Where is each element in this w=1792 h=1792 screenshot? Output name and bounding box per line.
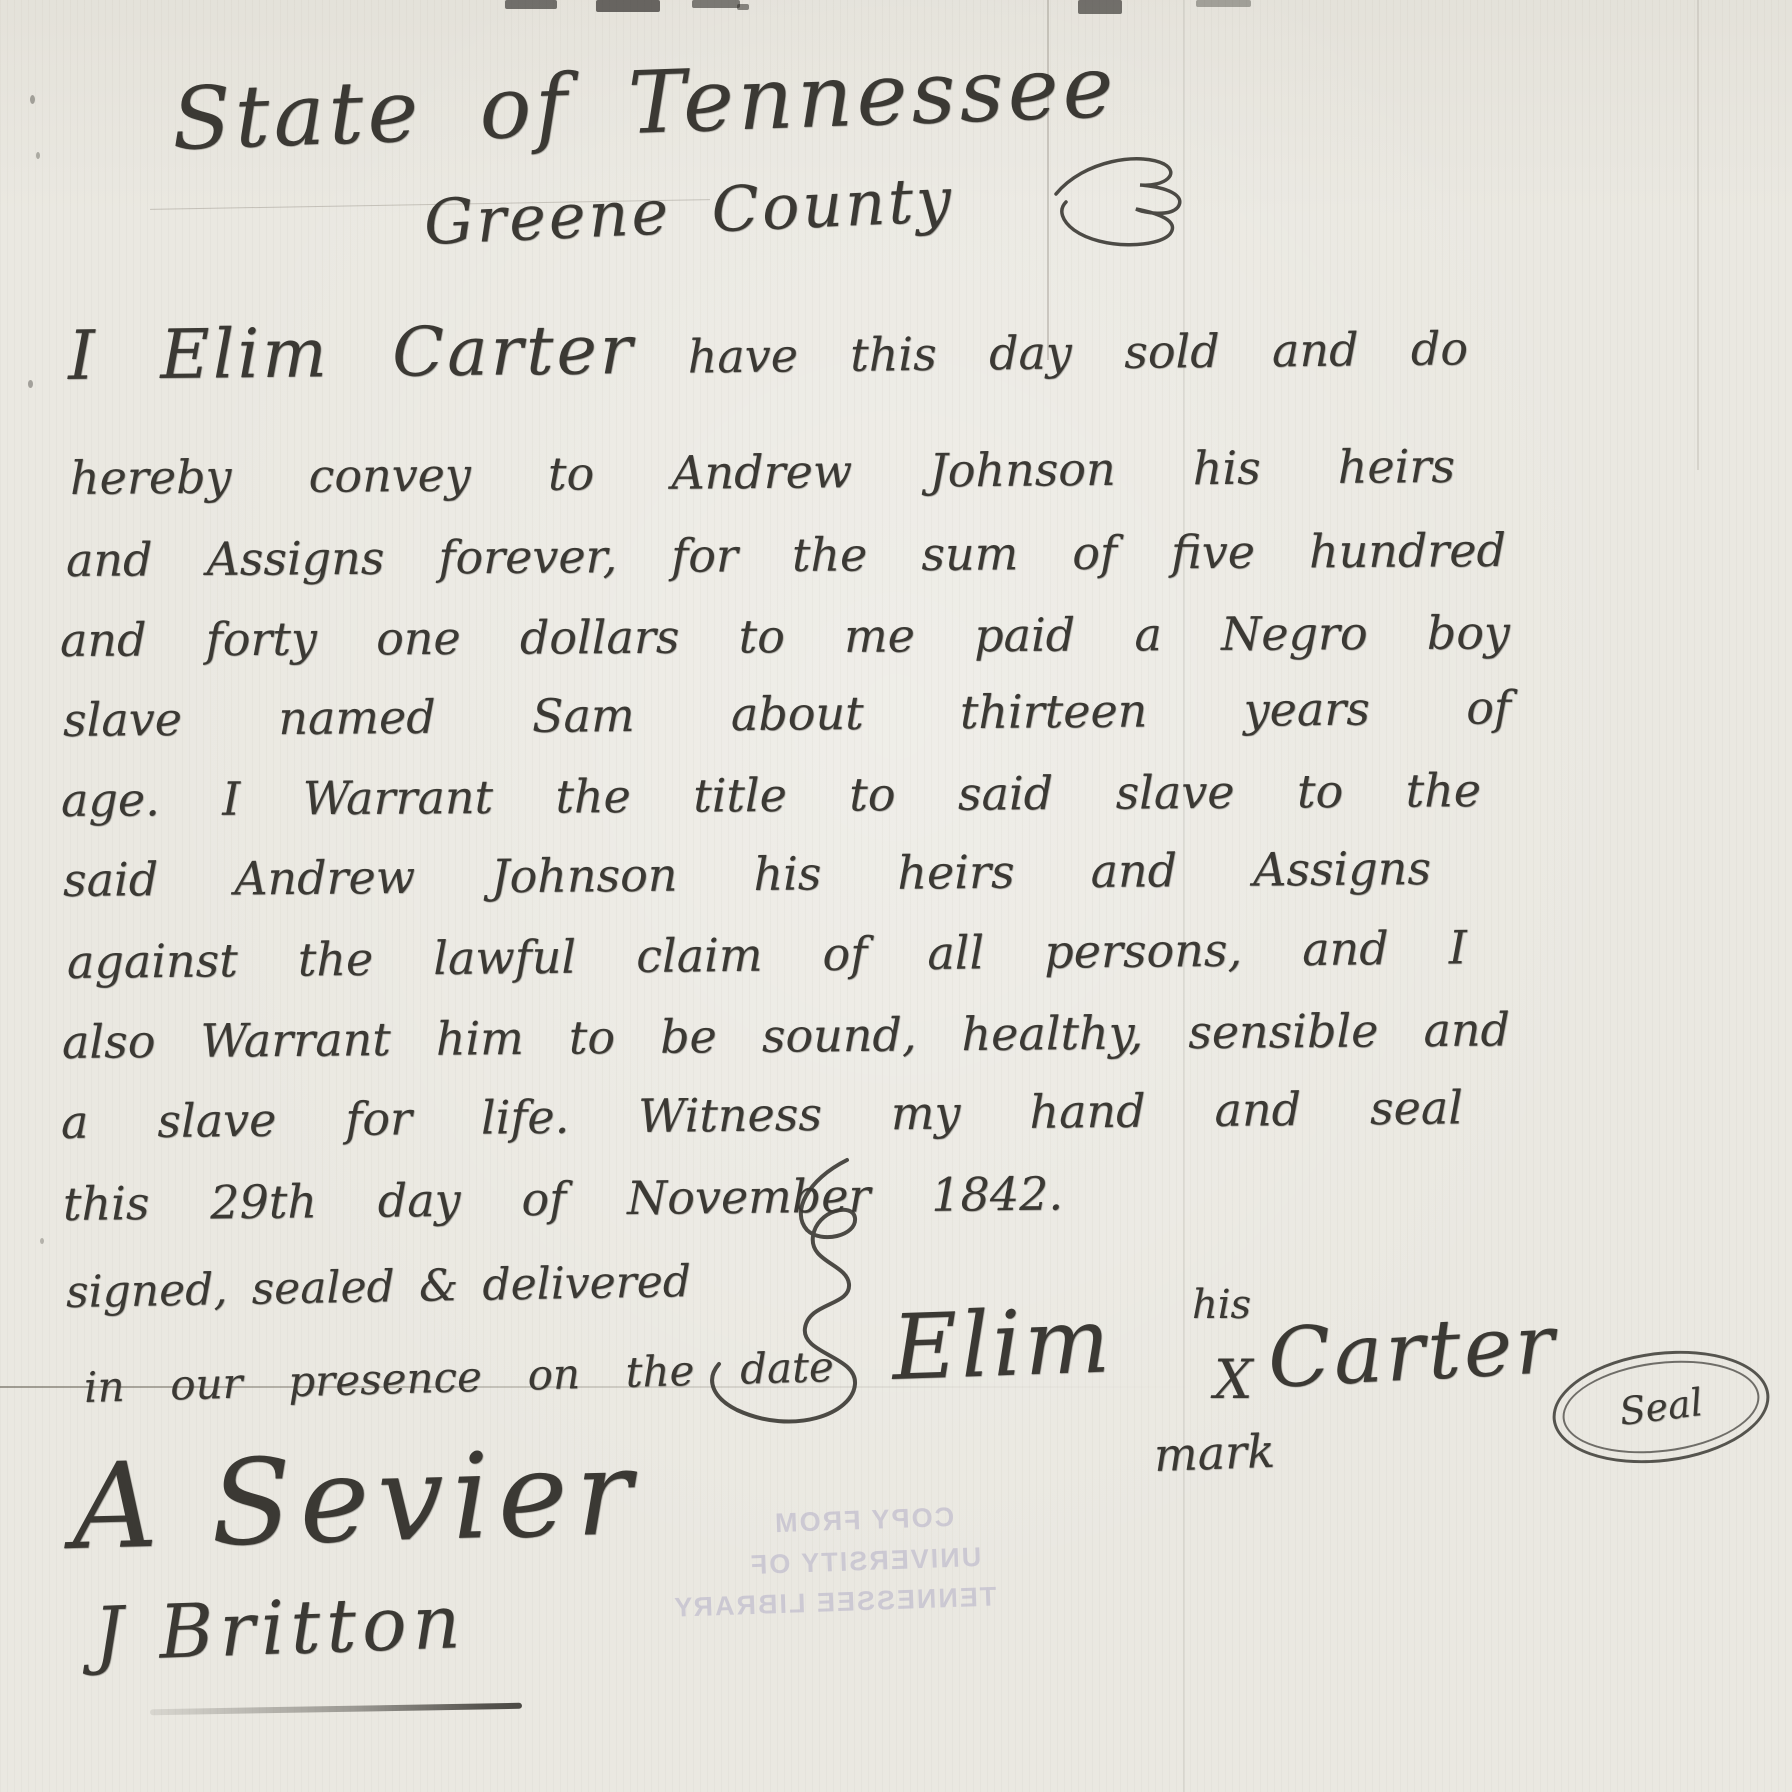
signature-underline-flourish bbox=[150, 1703, 522, 1715]
manuscript-line: and Assigns forever, for the sum of five… bbox=[66, 524, 1506, 587]
attestation-line-1: signed, sealed & delivered bbox=[66, 1257, 692, 1318]
heading-county: Greene County bbox=[422, 163, 955, 259]
heading-flourish bbox=[1040, 150, 1200, 265]
ink-speck bbox=[30, 95, 35, 104]
ink-speck bbox=[40, 1238, 44, 1244]
scan-smudge bbox=[596, 0, 660, 12]
manuscript-line: hereby convey to Andrew Johnson his heir… bbox=[70, 440, 1455, 505]
mark-word-mark: mark bbox=[1153, 1424, 1276, 1482]
scan-smudge bbox=[692, 0, 740, 8]
manuscript-line: a slave for life. Witness my hand and se… bbox=[61, 1081, 1463, 1149]
scan-smudge bbox=[1196, 0, 1251, 7]
witness-signature-britton: J Britton bbox=[92, 1579, 467, 1678]
manuscript-line: against the lawful claim of all persons,… bbox=[67, 921, 1467, 989]
signature-first-name: Elim bbox=[890, 1288, 1114, 1401]
manuscript-line: this 29th day of November 1842. bbox=[63, 1168, 1063, 1231]
manuscript-line: also Warrant him to be sound, healthy, s… bbox=[62, 1003, 1510, 1069]
seal-inner-oval: Seal bbox=[1557, 1350, 1764, 1463]
manuscript-line-opening: I Elim Carter have this day sold and do bbox=[68, 303, 1469, 396]
signature-last-name: Carter bbox=[1266, 1297, 1560, 1407]
stamp-line-3: TENNESSEE LIBRARY bbox=[736, 1576, 997, 1626]
scan-smudge bbox=[1078, 0, 1122, 14]
scan-smudge bbox=[737, 4, 749, 10]
manuscript-line: age. I Warrant the title to said slave t… bbox=[61, 764, 1481, 827]
manuscript-line: said Andrew Johnson his heirs and Assign… bbox=[63, 842, 1431, 907]
seal-label: Seal bbox=[1617, 1380, 1705, 1434]
scanned-document-page: State of Tennessee Greene County I Elim … bbox=[0, 0, 1792, 1792]
opening-rest: have this day sold and do bbox=[687, 321, 1468, 383]
mark-x-symbol: X bbox=[1214, 1348, 1252, 1411]
scan-smudge bbox=[505, 0, 557, 9]
fold-line-vertical bbox=[1697, 0, 1699, 470]
signature-flourish bbox=[695, 1150, 905, 1460]
witness-signature-sevier: A Sevier bbox=[70, 1423, 641, 1576]
seal-oval: Seal bbox=[1546, 1339, 1776, 1475]
library-stamp: COPY FROM UNIVERSITY OF TENNESSEE LIBRAR… bbox=[733, 1496, 997, 1626]
manuscript-line: and forty one dollars to me paid a Negro… bbox=[60, 606, 1510, 666]
manuscript-line: slave named Sam about thirteen years of bbox=[63, 681, 1511, 747]
mark-word-his: his bbox=[1192, 1282, 1251, 1328]
heading-state: State of Tennessee bbox=[170, 37, 1119, 170]
opening-names: I Elim Carter bbox=[68, 311, 636, 396]
ink-speck bbox=[28, 380, 33, 388]
ink-speck bbox=[36, 152, 40, 159]
